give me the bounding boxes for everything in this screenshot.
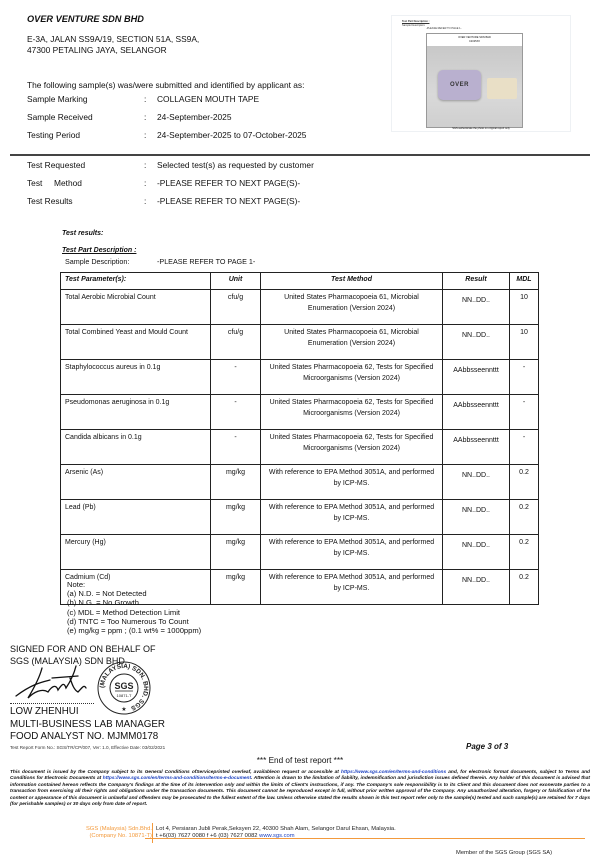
value: COLLAGEN MOUTH TAPE [157,94,259,104]
cell-unit: mg/kg [211,570,261,605]
table-header-row: Test Parameter(s): Unit Test Method Resu… [61,273,539,290]
cell-method: With reference to EPA Method 3051A, and … [261,465,443,500]
cell-parameter: Total Aerobic Microbial Count [61,290,211,325]
cell-unit: - [211,360,261,395]
cell-mdl: 0.2 [510,465,539,500]
footer-entity-name: SGS (Malaysia) Sdn.Bhd. [60,826,152,833]
thumb-value: -PLEASE REFER TO PAGE 1- [426,27,461,30]
client-company-name: OVER VENTURE SDN BHD [27,14,144,24]
col-unit: Unit [211,273,261,290]
thumb-heading: Test Part Description : [402,20,429,23]
cell-result: NN..DD.. [443,535,510,570]
note-item: (c) MDL = Method Detection Limit [67,608,201,617]
cell-result: AAbbsseennttt [443,395,510,430]
cell-method: With reference to EPA Method 3051A, and … [261,570,443,605]
cell-parameter: Total Combined Yeast and Mould Count [61,325,211,360]
address-line-2: 47300 PETALING JAYA, SELANGOR [27,45,199,56]
product-tape [487,78,517,99]
results-table: Test Parameter(s): Unit Test Method Resu… [60,272,539,605]
cell-unit: mg/kg [211,465,261,500]
legal-disclaimer: This document is issued by the Company s… [10,770,590,808]
separator: : [144,112,146,122]
cell-method: United States Pharmacopoeia 61, Microbia… [261,290,443,325]
label: Sample Marking [27,94,88,104]
cell-result: NN..DD.. [443,465,510,500]
cell-method: United States Pharmacopoeia 61, Microbia… [261,325,443,360]
separator: : [144,130,146,140]
cell-result: NN..DD.. [443,570,510,605]
test-part-description-heading: Test Part Description : [62,247,136,254]
table-row: Arsenic (As)mg/kgWith reference to EPA M… [61,465,539,500]
disclaimer-text: This document is issued by the Company s… [10,770,341,775]
value: -PLEASE REFER TO NEXT PAGE(S)- [157,196,300,206]
footer-website-link[interactable]: www.sgs.com [259,833,294,839]
note-item: (e) mg/kg = ppm ; (0.1 wt% = 1000ppm) [67,626,201,635]
thumb-sub: Sample Description: [402,24,425,27]
col-result: Result [443,273,510,290]
value: 24-September-2025 [157,112,232,122]
e-document-terms-link[interactable]: https://www.sgs.com/en/terms-and-conditi… [103,776,251,781]
value: -PLEASE REFER TO NEXT PAGE(S)- [157,178,300,188]
sgs-group-member: Member of the SGS Group (SGS SA) [456,850,552,856]
cell-parameter: Arsenic (As) [61,465,211,500]
table-row: Total Aerobic Microbial Countcfu/gUnited… [61,290,539,325]
col-mdl: MDL [510,273,539,290]
cell-method: With reference to EPA Method 3051A, and … [261,500,443,535]
cell-parameter: Mercury (Hg) [61,535,211,570]
cell-mdl: 0.2 [510,570,539,605]
label: Testing Period [27,130,80,140]
client-address: E-3A, JALAN SS9A/19, SECTION 51A, SS9A, … [27,34,199,55]
form-number: Test Report Form No.: SGS/TR/CP/007, Ver… [10,745,165,750]
cell-mdl: 10 [510,325,539,360]
page-indicator: Page 3 of 3 [466,742,508,751]
handwritten-signature-icon [12,662,98,702]
cell-mdl: 0.2 [510,500,539,535]
label: Sample Received [27,112,93,122]
cell-unit: cfu/g [211,290,261,325]
cell-mdl: - [510,395,539,430]
footer-entity: SGS (Malaysia) Sdn.Bhd. (Company No. 108… [60,826,152,840]
cell-result: AAbbsseennttt [443,430,510,465]
product-photo: OVER [427,46,522,127]
notes: Note: (a) N.D. = Not Detected (b) N.G. =… [67,580,201,635]
cell-method: United States Pharmacopoeia 62, Tests fo… [261,430,443,465]
cell-result: NN..DD.. [443,290,510,325]
separator: : [144,178,146,188]
footer-phone: t +6(03) 7627 0080 f +6 (03) 7627 0082 [156,833,259,839]
cell-method: United States Pharmacopoeia 62, Tests fo… [261,395,443,430]
table-row: Pseudomonas aeruginosa in 0.1g-United St… [61,395,539,430]
terms-link[interactable]: https://www.sgs.com/en/terms-and-conditi… [341,770,446,775]
cell-result: NN..DD.. [443,325,510,360]
notes-title: Note: [67,580,201,589]
col-method: Test Method [261,273,443,290]
photo-frame: OVER VENTURE SDN BHD C2025XX OVER [426,33,523,128]
label: Test Requested [27,160,85,170]
cell-method: With reference to EPA Method 3051A, and … [261,535,443,570]
cell-unit: mg/kg [211,500,261,535]
separator: : [144,160,146,170]
intro-text: The following sample(s) was/were submitt… [27,80,304,90]
sample-photo-thumbnail: Test Part Description : Sample Descripti… [391,15,571,132]
footer-contact: t +6(03) 7627 0080 f +6 (03) 7627 0082 w… [156,833,396,840]
cell-parameter: Staphylococcus aureus in 0.1g [61,360,211,395]
label: Test Results [27,196,73,206]
cell-unit: - [211,430,261,465]
sample-description-label: Sample Description: [65,257,129,266]
section-divider [10,154,590,156]
table-row: Total Combined Yeast and Mould Countcfu/… [61,325,539,360]
table-row: Mercury (Hg)mg/kgWith reference to EPA M… [61,535,539,570]
footer-divider-vertical [152,823,153,843]
footer-address-line: Lot 4, Persiaran Jubli Perak,Seksyen 22,… [156,826,396,833]
sample-description: Sample Description: -PLEASE REFER TO PAG… [65,257,129,266]
signature-line [10,703,94,704]
frame-sub: C2025XX [427,40,522,44]
photo-caption: SGS authenticate the photo on original r… [392,127,570,130]
note-item: (b) N.G. = No Growth [67,598,201,607]
footer-company-no: (Company No. 10871-T) [60,833,152,840]
note-item: (a) N.D. = Not Detected [67,589,201,598]
cell-unit: mg/kg [211,535,261,570]
product-tin: OVER [438,70,481,100]
end-of-report: *** End of test report *** [0,756,600,765]
signatory-name: LOW ZHENHUI [10,706,165,719]
cell-unit: cfu/g [211,325,261,360]
value: 24-September-2025 to 07-October-2025 [157,130,306,140]
address-line-1: E-3A, JALAN SS9A/19, SECTION 51A, SS9A, [27,34,199,45]
cell-mdl: 0.2 [510,535,539,570]
value: Selected test(s) as requested by custome… [157,160,314,170]
table-row: Candida albicans in 0.1g-United States P… [61,430,539,465]
svg-text:10871-T: 10871-T [117,693,132,698]
signed-line-1: SIGNED FOR AND ON BEHALF OF [10,644,156,656]
table-row: Staphylococcus aureus in 0.1g-United Sta… [61,360,539,395]
cell-unit: - [211,395,261,430]
col-parameter: Test Parameter(s): [61,273,211,290]
sample-description-value: -PLEASE REFER TO PAGE 1- [157,257,255,266]
footer-address: Lot 4, Persiaran Jubli Perak,Seksyen 22,… [156,826,396,840]
cell-mdl: - [510,360,539,395]
analyst-number: FOOD ANALYST NO. MJMM0178 [10,731,165,744]
cell-result: AAbbsseennttt [443,360,510,395]
signatory: LOW ZHENHUI MULTI-BUSINESS LAB MANAGER F… [10,706,165,744]
cell-result: NN..DD.. [443,500,510,535]
cell-parameter: Lead (Pb) [61,500,211,535]
separator: : [144,94,146,104]
note-item: (d) TNTC = Too Numerous To Count [67,617,201,626]
cell-method: United States Pharmacopoeia 62, Tests fo… [261,360,443,395]
signatory-title: MULTI-BUSINESS LAB MANAGER [10,719,165,732]
svg-text:SGS: SGS [114,681,133,691]
table-row: Lead (Pb)mg/kgWith reference to EPA Meth… [61,500,539,535]
separator: : [144,196,146,206]
cell-parameter: Candida albicans in 0.1g [61,430,211,465]
cell-mdl: - [510,430,539,465]
cell-mdl: 10 [510,290,539,325]
test-results-title: Test results: [62,230,103,237]
label: Test Method [27,178,82,188]
cell-parameter: Pseudomonas aeruginosa in 0.1g [61,395,211,430]
